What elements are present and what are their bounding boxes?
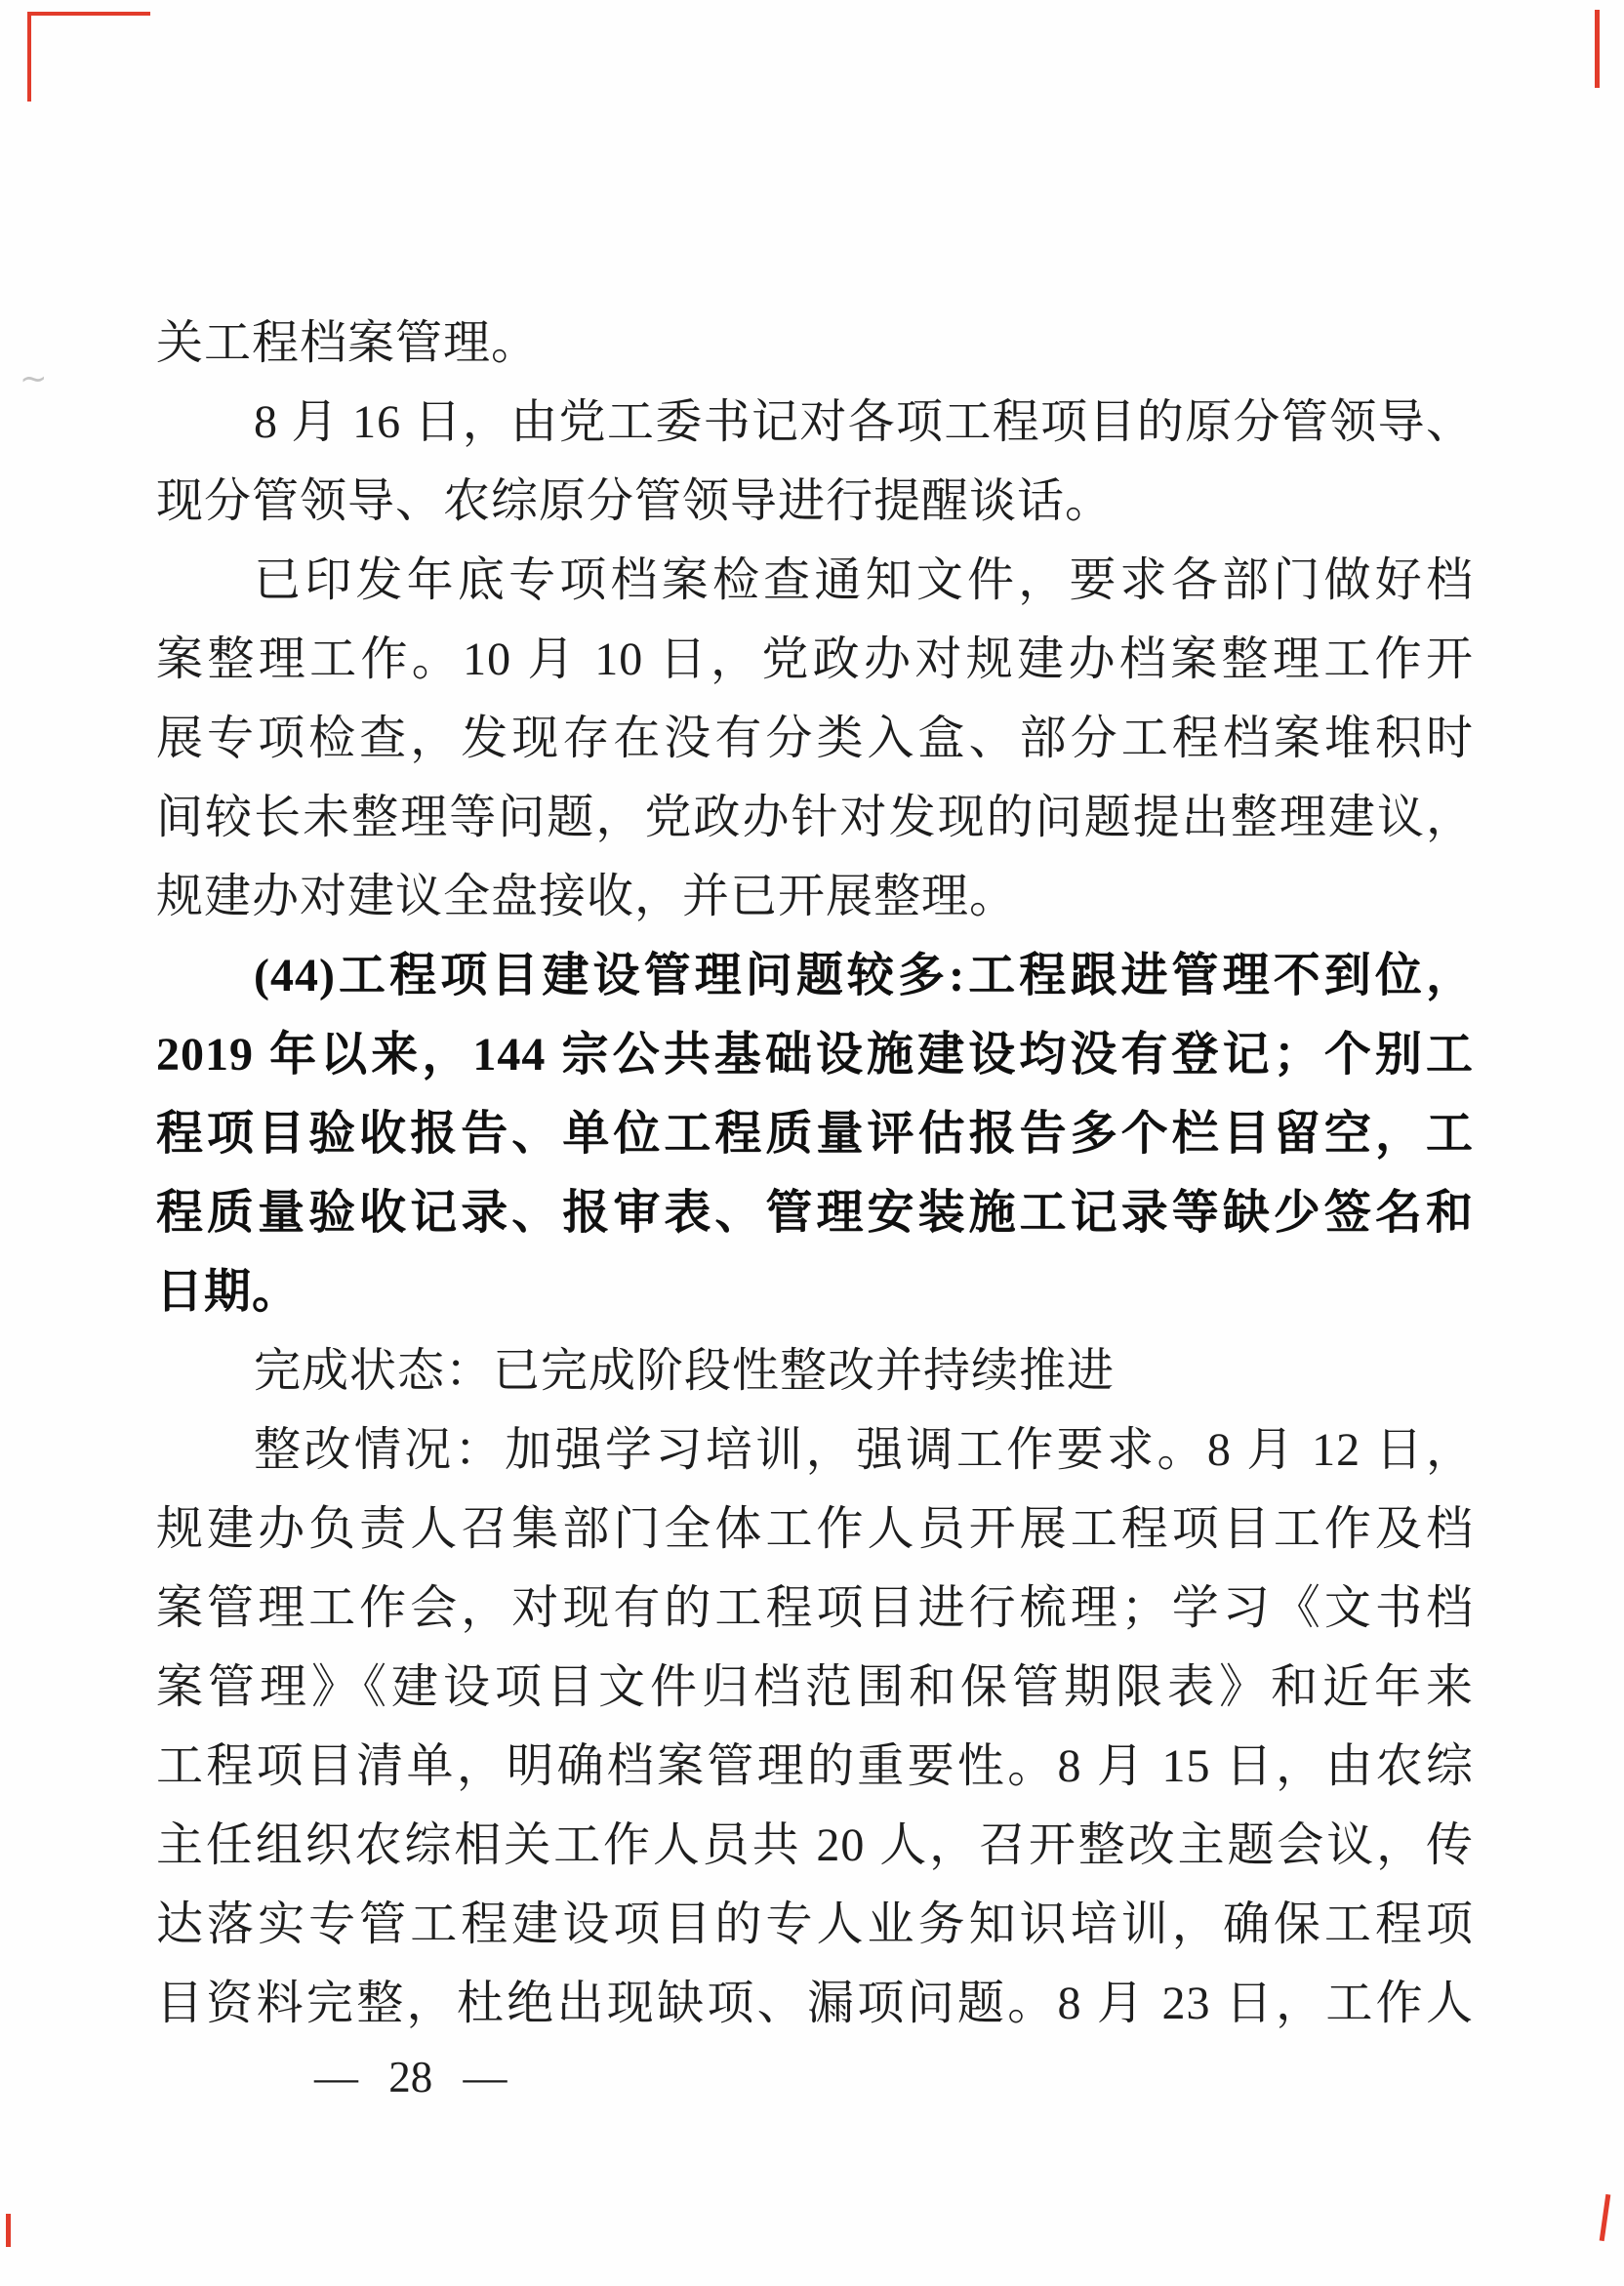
text-line: 主任组织农综相关工作人员共 20 人，召开整改主题会议，传 (156, 1806, 1474, 1885)
text-line: 已印发年底专项档案检查通知文件，要求各部门做好档 (156, 541, 1474, 620)
text-line: 展专项检查，发现存在没有分类入盒、部分工程档案堆积时 (156, 699, 1474, 778)
text-line: 规建办对建议全盘接收，并已开展整理。 (156, 857, 1474, 936)
text-line: 现分管领导、农综原分管领导进行提醒谈话。 (156, 462, 1474, 541)
text-line: 程项目验收报告、单位工程质量评估报告多个栏目留空，工 (156, 1094, 1474, 1173)
text-line: 工程项目清单，明确档案管理的重要性。8 月 15 日，由农综 (156, 1727, 1474, 1806)
text-line: 关工程档案管理。 (156, 304, 1474, 383)
text-line: 2019 年以来，144 宗公共基础设施建设均没有登记；个别工 (156, 1015, 1474, 1094)
text-line: 整改情况：加强学习培训，强调工作要求。8 月 12 日， (156, 1410, 1474, 1490)
text-line: 目资料完整，杜绝出现缺项、漏项问题。8 月 23 日，工作人 (156, 1964, 1474, 2043)
text-line: 8 月 16 日，由党工委书记对各项工程项目的原分管领导、 (156, 383, 1474, 462)
red-corner-mark-top-right (1595, 10, 1600, 88)
document-page: ~ 关工程档案管理。8 月 16 日，由党工委书记对各项工程项目的原分管领导、现… (0, 0, 1624, 2286)
text-line: 间较长未整理等问题，党政办针对发现的问题提出整理建议， (156, 778, 1474, 857)
red-corner-mark-bottom-left (6, 2214, 11, 2247)
text-line: 案管理工作会，对现有的工程项目进行梳理；学习《文书档 (156, 1569, 1474, 1648)
document-body: 关工程档案管理。8 月 16 日，由党工委书记对各项工程项目的原分管领导、现分管… (156, 304, 1474, 2043)
scan-artifact-tilde: ~ (20, 359, 48, 398)
text-line: 完成状态：已完成阶段性整改并持续推进 (156, 1331, 1474, 1410)
red-corner-mark-bottom-right (1600, 2194, 1611, 2241)
text-line: 案管理》《建设项目文件归档范围和保管期限表》和近年来 (156, 1648, 1474, 1727)
text-line: 日期。 (156, 1252, 1474, 1331)
text-line: 达落实专管工程建设项目的专人业务知识培训，确保工程项 (156, 1885, 1474, 1964)
red-corner-mark-top-left (27, 12, 150, 102)
text-line: 程质量验收记录、报审表、管理安装施工记录等缺少签名和 (156, 1173, 1474, 1252)
text-line: 案整理工作。10 月 10 日，党政办对规建办档案整理工作开 (156, 620, 1474, 699)
page-number: — 28 — (314, 2052, 507, 2102)
text-line: (44)工程项目建设管理问题较多:工程跟进管理不到位， (156, 936, 1474, 1015)
text-line: 规建办负责人召集部门全体工作人员开展工程项目工作及档 (156, 1490, 1474, 1569)
